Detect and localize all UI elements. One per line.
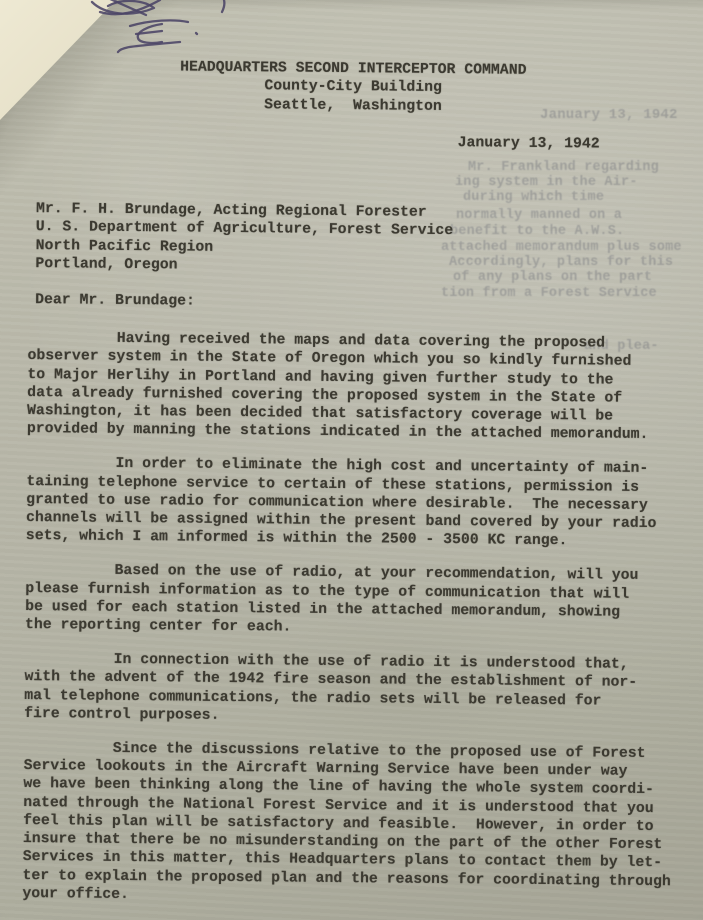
letter-photo-page: { "letter": { "letterhead": [ "HEADQUART… <box>0 0 703 920</box>
paragraph-2: In order to eliminate the high cost and … <box>26 454 695 552</box>
typed-content: HEADQUARTERS SECOND INTERCEPTOR COMMAND … <box>0 0 703 920</box>
letter-body: Having received the maps and data coveri… <box>22 329 696 920</box>
paragraph-5: Since the discussions relative to the pr… <box>22 739 692 910</box>
paragraph-3: Based on the use of radio, at your recom… <box>25 561 694 641</box>
letterhead: HEADQUARTERS SECOND INTERCEPTOR COMMAND … <box>103 58 604 118</box>
paragraph-4: In connection with the use of radio it i… <box>24 650 693 730</box>
photographed-letter: January 13, 1942 Mr. Frankland regarding… <box>0 0 703 920</box>
date-line: January 13, 1942 <box>458 134 600 154</box>
salutation: Dear Mr. Brundage: <box>35 291 195 311</box>
letterhead-city: Seattle, Washington <box>103 94 603 117</box>
paragraph-1: Having received the maps and data coveri… <box>27 329 696 445</box>
recipient-address: Mr. F. H. Brundage, Acting Regional Fore… <box>35 200 453 277</box>
recipient-city: Portland, Oregon <box>35 255 453 277</box>
